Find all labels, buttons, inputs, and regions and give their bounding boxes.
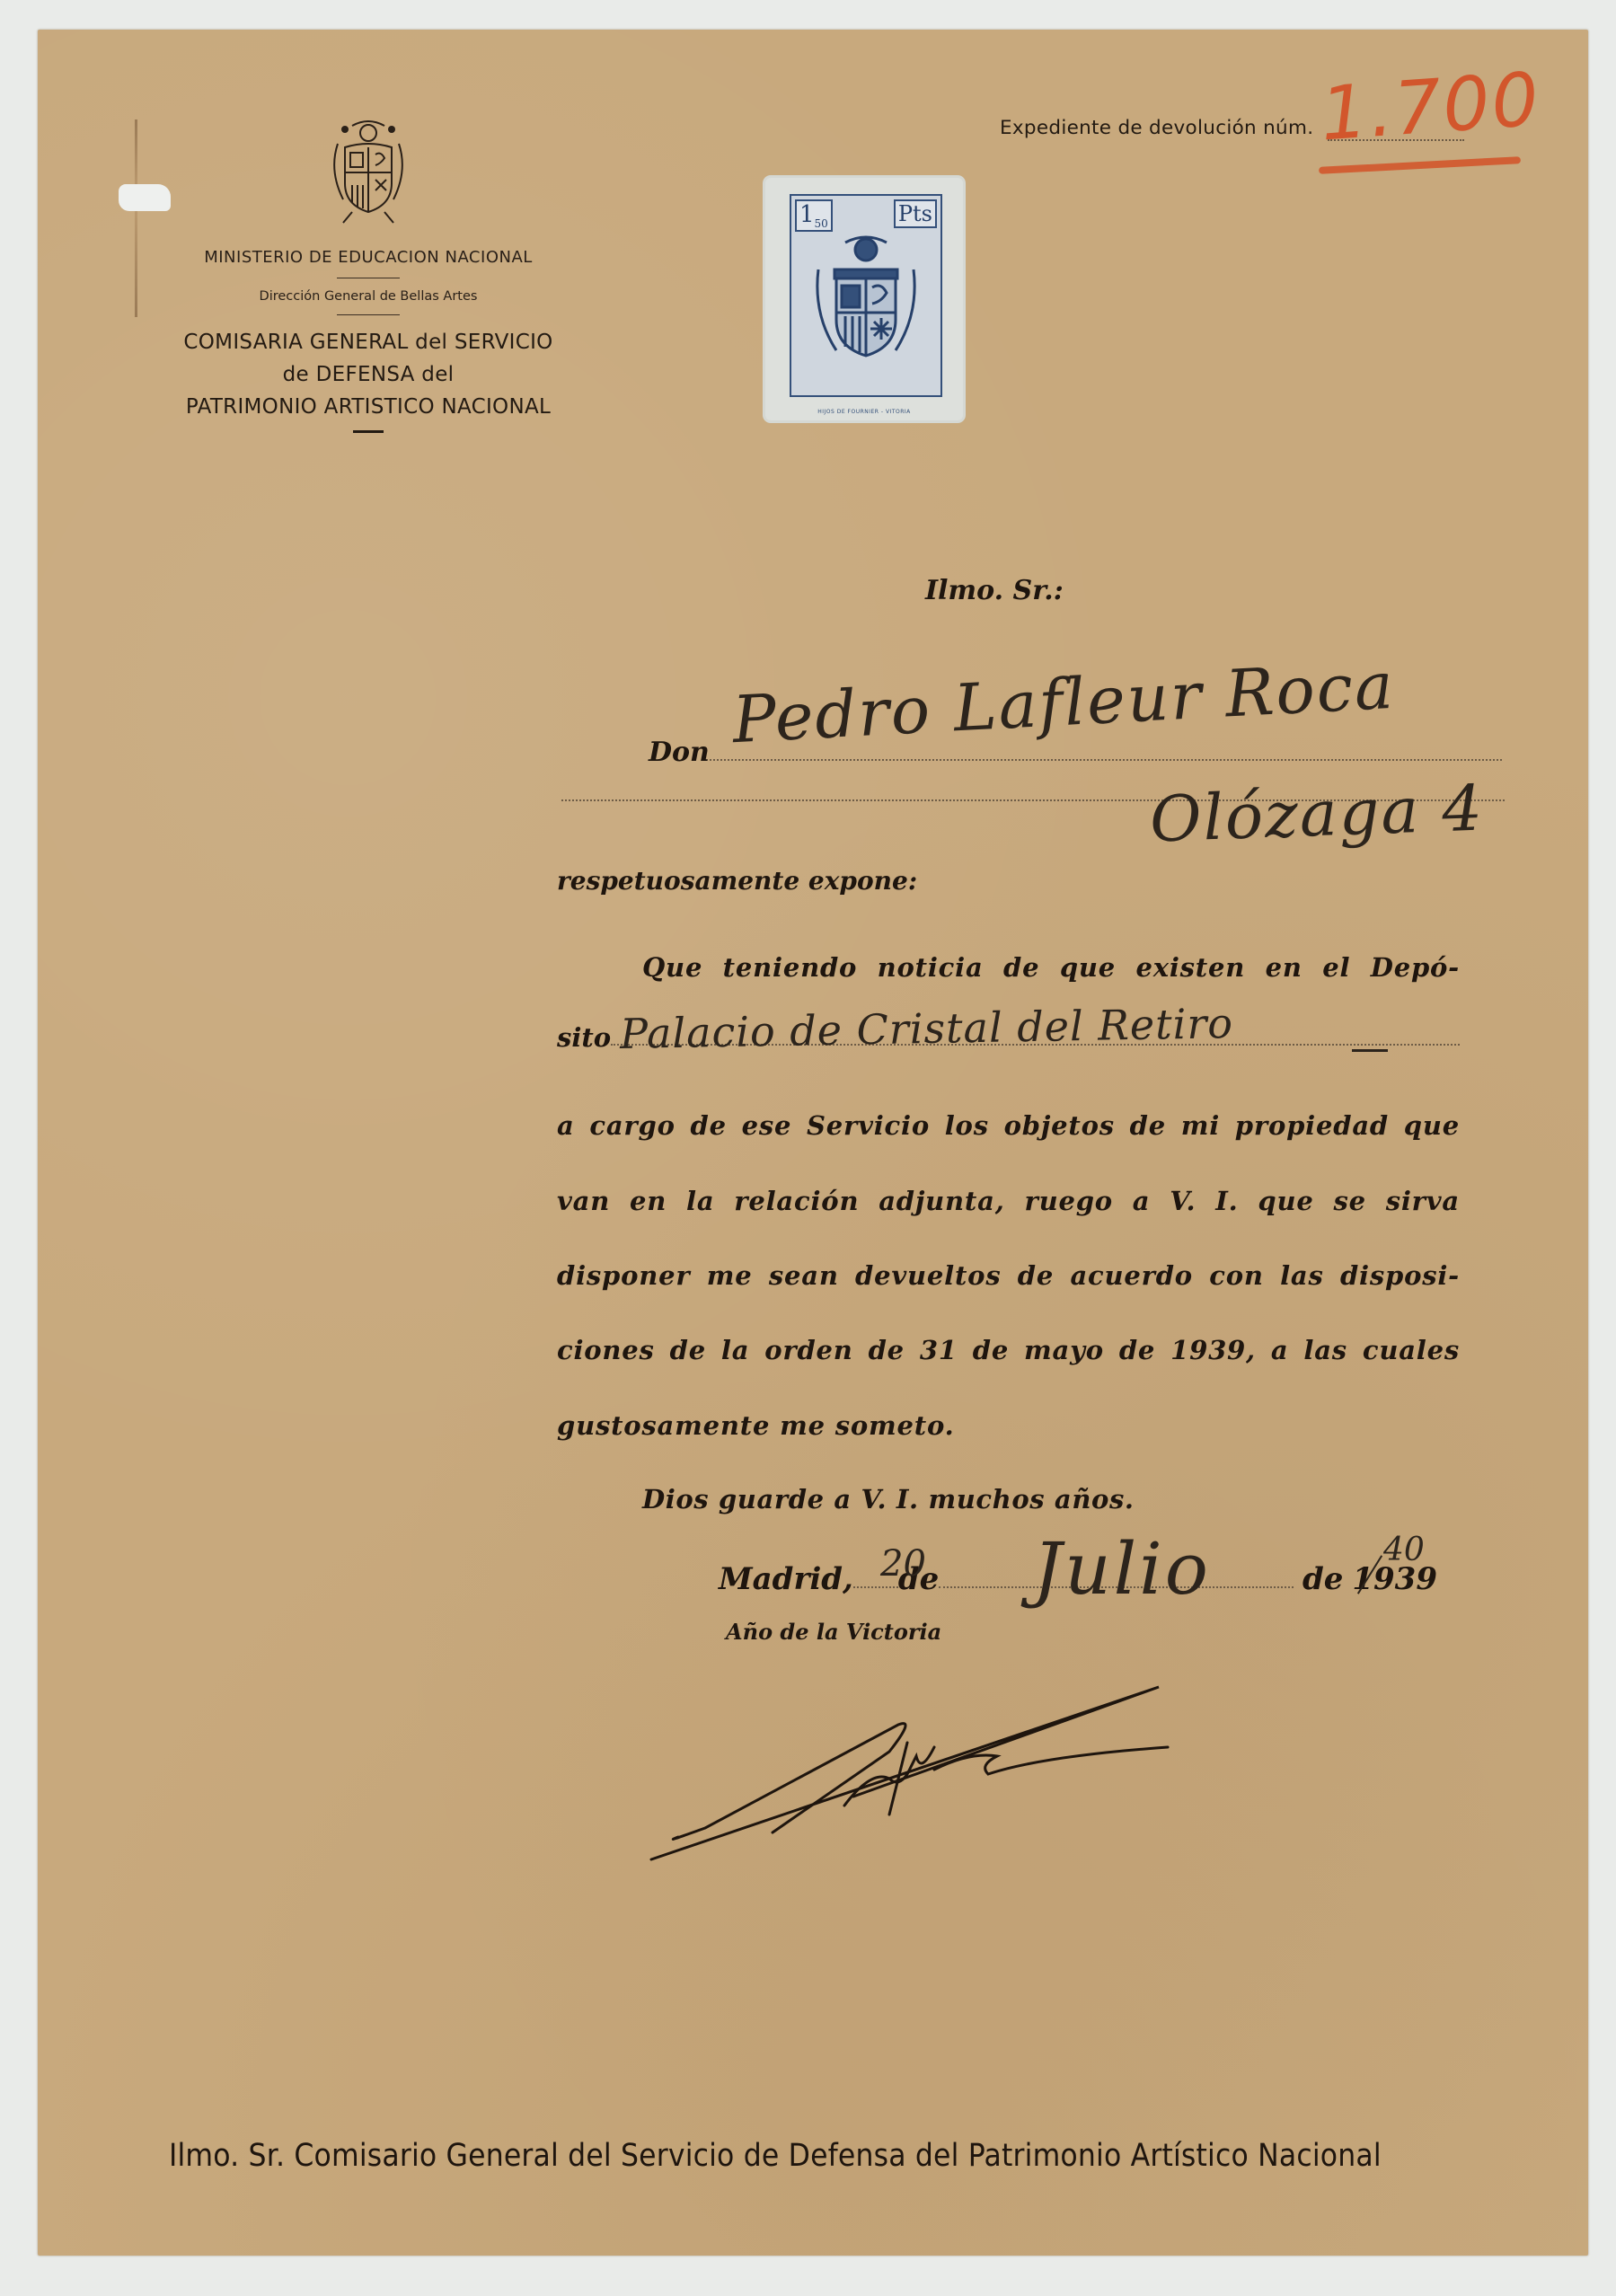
applicant-address: Olózaga 4 [1149, 772, 1486, 857]
fiscal-stamp: 150 Pts HIJOS DE FOURNIER - VITORIA [765, 178, 963, 420]
applicant-name-field[interactable] [710, 759, 1502, 761]
expediente-label: Expediente de devolución núm. [1000, 117, 1313, 139]
body-line: Que teniendo noticia de que existen en e… [642, 952, 1460, 983]
date-month: Julio [1033, 1527, 1211, 1611]
comisaria-line: PATRIMONIO ARTISTICO NACIONAL [162, 391, 575, 423]
dash-mark [1352, 1049, 1388, 1052]
body-line: ciones de la orden de 31 de mayo de 1939… [557, 1335, 1460, 1365]
body-line: gustosamente me someto. [557, 1410, 1460, 1441]
signature-icon [638, 1662, 1195, 1877]
comisaria-line: COMISARIA GENERAL del SERVICIO [162, 326, 575, 358]
expediente-number: 1.700 [1318, 57, 1543, 158]
date-day: 20 [880, 1543, 926, 1585]
don-label: Don [649, 737, 710, 768]
ministry-name: MINISTERIO DE EDUCACION NACIONAL [162, 248, 575, 267]
body-line: van en la relación adjunta, ruego a V. I… [557, 1186, 1460, 1216]
stamp-value: 150 [795, 199, 833, 232]
coat-of-arms-icon [325, 117, 411, 228]
stamp-currency: Pts [894, 199, 937, 228]
comisaria-title: COMISARIA GENERAL del SERVICIO de DEFENS… [162, 326, 575, 423]
staple-mark [135, 119, 137, 317]
day-field[interactable] [853, 1586, 898, 1588]
body-line: disponer me sean devueltos de acuerdo co… [557, 1260, 1460, 1291]
salutation: Ilmo. Sr.: [925, 575, 1064, 606]
year-correction: 40 [1383, 1532, 1425, 1568]
letterhead: MINISTERIO DE EDUCACION NACIONAL Direcci… [162, 117, 575, 433]
stamp-value-cents: 50 [815, 217, 828, 230]
ano-victoria: Año de la Victoria [726, 1619, 941, 1645]
stamp-printer: HIJOS DE FOURNIER - VITORIA [765, 409, 963, 415]
stamp-frame: 150 Pts [790, 194, 942, 397]
closing-formula: Dios guarde a V. I. muchos años. [642, 1484, 1135, 1514]
divider [337, 278, 400, 278]
addressee-footer: Ilmo. Sr. Comisario General del Servicio… [169, 2138, 1333, 2174]
de-label: de [1303, 1561, 1343, 1597]
sito-label: sito [557, 1022, 611, 1053]
stamp-value-main: 1 [799, 201, 815, 228]
divider [337, 314, 400, 315]
expone-heading: respetuosamente expone: [557, 866, 917, 896]
stamp-coat-of-arms-icon [809, 234, 923, 368]
direccion-general: Dirección General de Bellas Artes [162, 289, 575, 304]
divider-thick [353, 430, 384, 433]
body-line: a cargo de ese Servicio los objetos de m… [557, 1110, 1460, 1141]
place-label: Madrid, [719, 1561, 853, 1597]
comisaria-line: de DEFENSA del [162, 358, 575, 391]
